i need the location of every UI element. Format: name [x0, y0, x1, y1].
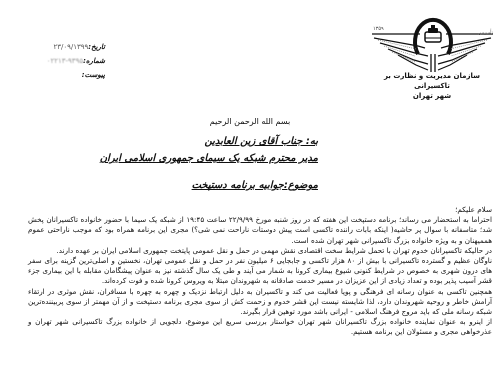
- logo-year: ۱۳۵۹: [373, 26, 384, 32]
- number-value: ۹۳۹۵-۰۲۲۱۳: [47, 57, 83, 65]
- bismillah-heading: بسم الله الرحمن الرحیم: [0, 117, 500, 126]
- body-paragraph: ناوگان عظیم و گسترده تاکسیرانی با بیش از…: [28, 256, 492, 287]
- greeting: سلام علیکم؛: [28, 205, 492, 215]
- body-paragraph: از اینرو به عنوان نماینده خانواده بزرگ ت…: [28, 317, 492, 337]
- body-paragraph: در حالیکه تاکسیرانان خدوم تهران با تحمل …: [28, 246, 492, 256]
- attachment-label: پیوست:: [82, 71, 105, 79]
- attachment-row: پیوست:: [20, 68, 105, 82]
- number-row: شماره:۹۳۹۵-۰۲۲۱۳: [20, 54, 105, 68]
- letter-subject: موضوع:جوابیه برنامه دستپخت: [192, 180, 318, 191]
- date-row: تاریخ:۲۳/۰۹/۱۳۹۹: [20, 40, 105, 54]
- organization-name-line1: سازمان مدیریت و نظارت بر تاکسیرانی: [372, 71, 492, 91]
- organization-name: سازمان مدیریت و نظارت بر تاکسیرانی شهر ت…: [372, 71, 492, 101]
- date-label: تاریخ:: [88, 43, 105, 51]
- date-value: ۲۳/۰۹/۱۳۹۹: [53, 43, 88, 51]
- logo-founded-label: تأسیس: [478, 30, 493, 36]
- letter-page: ۱۳۵۹ تأسیس سازمان مدیریت و نظارت بر تاکس…: [0, 0, 500, 380]
- letter-body: سلام علیکم؛ احتراما به استحضار می رساند؛…: [28, 205, 492, 338]
- body-paragraph: همچنین تاکسی به عنوان رسانه ای فرهنگی و …: [28, 287, 492, 318]
- letter-meta: تاریخ:۲۳/۰۹/۱۳۹۹ شماره:۹۳۹۵-۰۲۲۱۳ پیوست:: [20, 40, 105, 82]
- number-label: شماره:: [83, 57, 105, 65]
- taxi-emblem-icon: [370, 8, 495, 78]
- organization-name-line2: شهر تهران: [372, 91, 492, 101]
- addressee-line2: مدیر محترم شبکه یک سیمای جمهوری اسلامی ا…: [100, 150, 318, 167]
- addressee: به: جناب آقای زین العابدین مدیر محترم شب…: [100, 133, 318, 167]
- body-paragraph: احتراما به استحضار می رساند؛ برنامه دستپ…: [28, 215, 492, 246]
- addressee-line1: به: جناب آقای زین العابدین: [100, 133, 318, 150]
